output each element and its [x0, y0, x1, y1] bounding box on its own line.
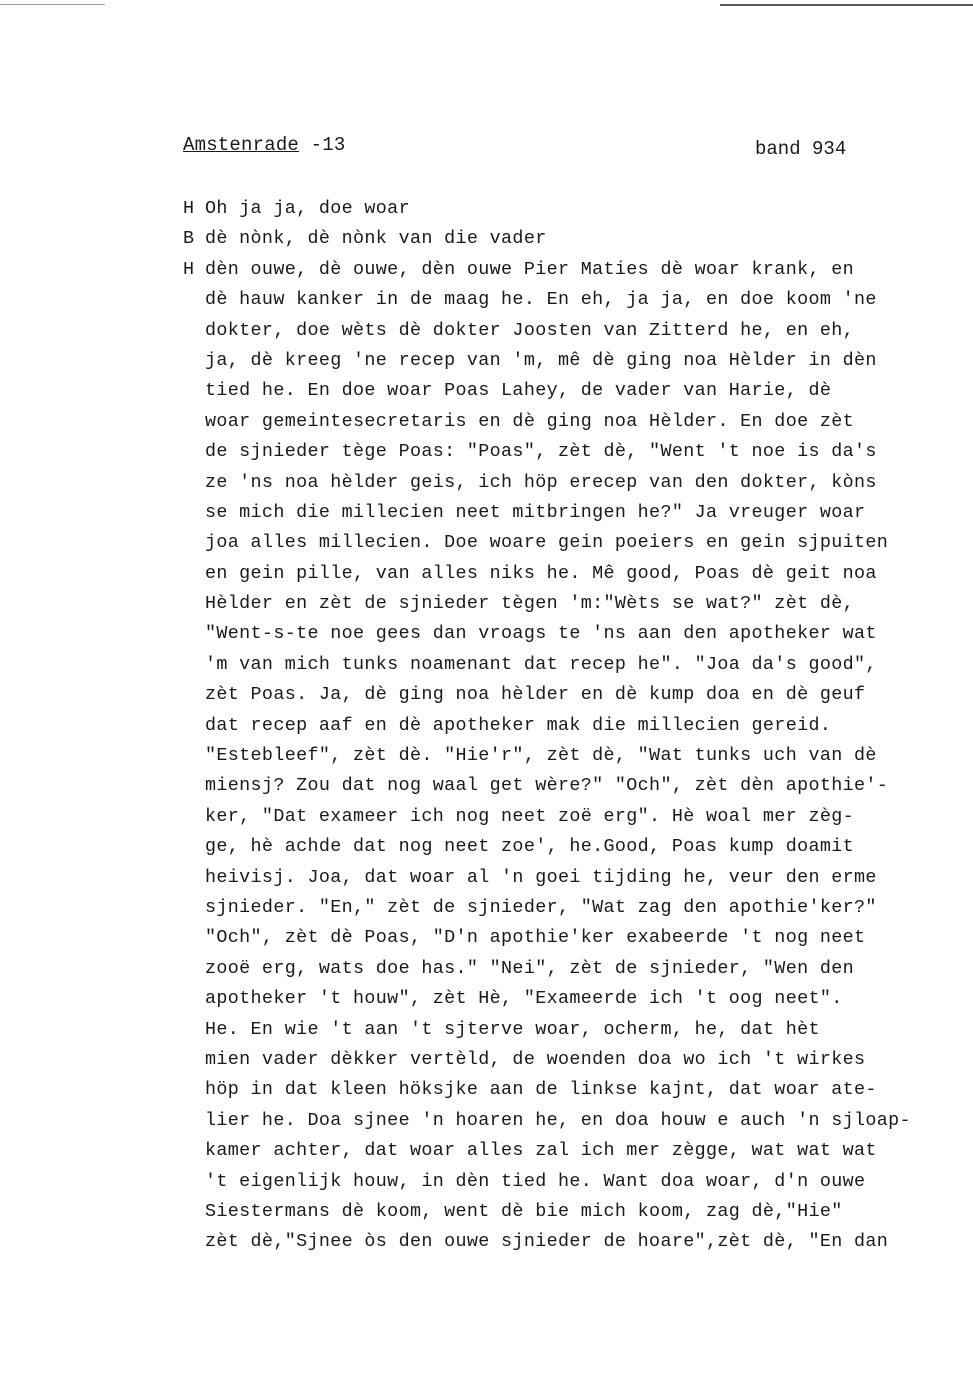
line-text: se mich die millecien neet mitbringen he…	[205, 502, 865, 523]
transcript-line: Siestermans dè koom, went dè bie mich ko…	[183, 1197, 963, 1227]
transcript-line: heivisj. Joa, dat woar al 'n goei tijdin…	[183, 863, 963, 893]
transcript-line: ja, dè kreeg 'ne recep van 'm, mê dè gin…	[183, 346, 963, 376]
transcript-line: woar gemeintesecretaris en dè ging noa H…	[183, 407, 963, 437]
line-text: He. En wie 't aan 't sjterve woar, ocher…	[205, 1019, 820, 1040]
transcript-line: zèt Poas. Ja, dè ging noa hèlder en dè k…	[183, 680, 963, 710]
line-text: ja, dè kreeg 'ne recep van 'm, mê dè gin…	[205, 350, 877, 371]
line-text: zooë erg, wats doe has." "Nei", zèt de s…	[205, 958, 854, 979]
page-number: -13	[299, 134, 345, 156]
line-text: miensj? Zou dat nog waal get wère?" "Och…	[205, 775, 888, 796]
transcript-line: apotheker 't houw", zèt Hè, "Exameerde i…	[183, 984, 963, 1014]
transcript-line: höp in dat kleen höksjke aan de linkse k…	[183, 1075, 963, 1105]
band-number: band 934	[755, 138, 846, 160]
line-text: zèt dè,"Sjnee òs den ouwe sjnieder de ho…	[205, 1231, 888, 1252]
line-text: de sjnieder tège Poas: "Poas", zèt dè, "…	[205, 441, 877, 462]
line-text: ze 'ns noa hèlder geis, ich höp erecep v…	[205, 472, 877, 493]
line-text: Oh ja ja, doe woar	[205, 198, 410, 219]
line-text: dè nònk, dè nònk van die vader	[205, 228, 547, 249]
transcript-line: "Och", zèt dè Poas, "D'n apothie'ker exa…	[183, 923, 963, 953]
line-text: 't eigenlijk houw, in dèn tied he. Want …	[205, 1171, 865, 1192]
transcript-line: 'm van mich tunks noamenant dat recep he…	[183, 650, 963, 680]
scan-artifact-left	[0, 4, 105, 5]
line-text: höp in dat kleen höksjke aan de linkse k…	[205, 1079, 877, 1100]
line-text: joa alles millecien. Doe woare gein poei…	[205, 532, 888, 553]
line-text: dèn ouwe, dè ouwe, dèn ouwe Pier Maties …	[205, 259, 854, 280]
line-text: dat recep aaf en dè apotheker mak die mi…	[205, 715, 831, 736]
transcript-line: tied he. En doe woar Poas Lahey, de vade…	[183, 376, 963, 406]
line-text: Siestermans dè koom, went dè bie mich ko…	[205, 1201, 843, 1222]
transcript-line: ker, "Dat exameer ich nog neet zoë erg".…	[183, 802, 963, 832]
transcript-line: ge, hè achde dat nog neet zoe', he.Good,…	[183, 832, 963, 862]
transcript-line: se mich die millecien neet mitbringen he…	[183, 498, 963, 528]
line-text: en gein pille, van alles niks he. Mê goo…	[205, 563, 877, 584]
transcript-line: ze 'ns noa hèlder geis, ich höp erecep v…	[183, 468, 963, 498]
transcript-body: HOh ja ja, doe woarBdè nònk, dè nònk van…	[183, 194, 963, 1258]
scan-artifact-right	[720, 4, 973, 6]
transcript-line: lier he. Doa sjnee 'n hoaren he, en doa …	[183, 1106, 963, 1136]
line-text: Hèlder en zèt de sjnieder tègen 'm:"Wèts…	[205, 593, 854, 614]
line-text: sjnieder. "En," zèt de sjnieder, "Wat za…	[205, 897, 877, 918]
transcript-line: zooë erg, wats doe has." "Nei", zèt de s…	[183, 954, 963, 984]
transcript-line: joa alles millecien. Doe woare gein poei…	[183, 528, 963, 558]
line-text: mien vader dèkker vertèld, de woenden do…	[205, 1049, 865, 1070]
transcript-line: HOh ja ja, doe woar	[183, 194, 963, 224]
transcript-line: kamer achter, dat woar alles zal ich mer…	[183, 1136, 963, 1166]
line-text: ge, hè achde dat nog neet zoe', he.Good,…	[205, 836, 854, 857]
place-name: Amstenrade	[183, 134, 299, 156]
transcript-line: 't eigenlijk houw, in dèn tied he. Want …	[183, 1167, 963, 1197]
line-text: woar gemeintesecretaris en dè ging noa H…	[205, 411, 854, 432]
transcript-line: Bdè nònk, dè nònk van die vader	[183, 224, 963, 254]
transcript-line: miensj? Zou dat nog waal get wère?" "Och…	[183, 771, 963, 801]
transcript-line: sjnieder. "En," zèt de sjnieder, "Wat za…	[183, 893, 963, 923]
line-text: dokter, doe wèts dè dokter Joosten van Z…	[205, 320, 854, 341]
transcript-line: de sjnieder tège Poas: "Poas", zèt dè, "…	[183, 437, 963, 467]
line-text: heivisj. Joa, dat woar al 'n goei tijdin…	[205, 867, 877, 888]
transcript-line: "Estebleef", zèt dè. "Hie'r", zèt dè, "W…	[183, 741, 963, 771]
speaker-label: H	[183, 194, 205, 224]
transcript-line: dat recep aaf en dè apotheker mak die mi…	[183, 711, 963, 741]
line-text: 'm van mich tunks noamenant dat recep he…	[205, 654, 877, 675]
transcript-line: dokter, doe wèts dè dokter Joosten van Z…	[183, 316, 963, 346]
transcript-line: Hdèn ouwe, dè ouwe, dèn ouwe Pier Maties…	[183, 255, 963, 285]
speaker-label: H	[183, 255, 205, 285]
line-text: apotheker 't houw", zèt Hè, "Exameerde i…	[205, 988, 843, 1009]
transcript-line: en gein pille, van alles niks he. Mê goo…	[183, 559, 963, 589]
line-text: ker, "Dat exameer ich nog neet zoë erg".…	[205, 806, 854, 827]
transcript-line: He. En wie 't aan 't sjterve woar, ocher…	[183, 1015, 963, 1045]
line-text: "Estebleef", zèt dè. "Hie'r", zèt dè, "W…	[205, 745, 877, 766]
transcript-line: "Went-s-te noe gees dan vroags te 'ns aa…	[183, 619, 963, 649]
line-text: dè hauw kanker in de maag he. En eh, ja …	[205, 289, 877, 310]
line-text: "Och", zèt dè Poas, "D'n apothie'ker exa…	[205, 927, 865, 948]
transcript-line: zèt dè,"Sjnee òs den ouwe sjnieder de ho…	[183, 1227, 963, 1257]
line-text: tied he. En doe woar Poas Lahey, de vade…	[205, 380, 831, 401]
line-text: lier he. Doa sjnee 'n hoaren he, en doa …	[205, 1110, 911, 1131]
transcript-line: Hèlder en zèt de sjnieder tègen 'm:"Wèts…	[183, 589, 963, 619]
document-page: Amstenrade -13 band 934 HOh ja ja, doe w…	[0, 0, 973, 1392]
transcript-line: mien vader dèkker vertèld, de woenden do…	[183, 1045, 963, 1075]
speaker-label: B	[183, 224, 205, 254]
line-text: kamer achter, dat woar alles zal ich mer…	[205, 1140, 877, 1161]
transcript-line: dè hauw kanker in de maag he. En eh, ja …	[183, 285, 963, 315]
line-text: zèt Poas. Ja, dè ging noa hèlder en dè k…	[205, 684, 865, 705]
line-text: "Went-s-te noe gees dan vroags te 'ns aa…	[205, 623, 877, 644]
page-header: Amstenrade -13	[183, 134, 345, 156]
